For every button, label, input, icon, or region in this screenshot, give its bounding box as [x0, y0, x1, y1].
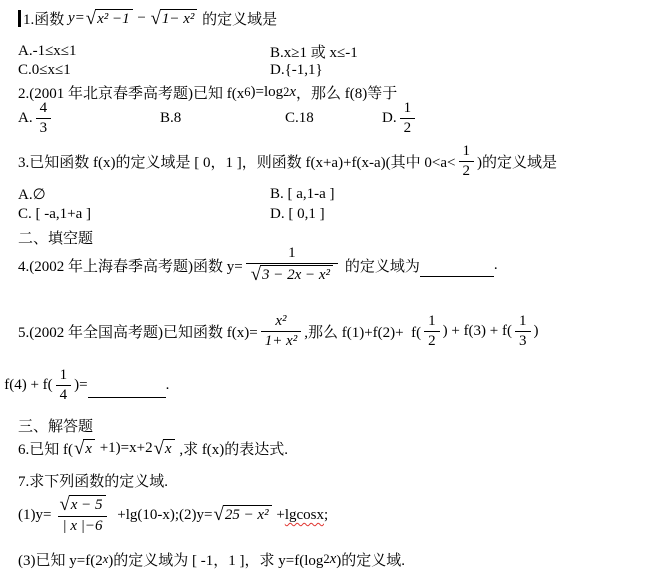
q7-part3-prefix: (3)已知 y=f(2	[18, 549, 103, 570]
q7-part1-fraction: √x − 5 | x |−6	[54, 495, 110, 536]
q4-prefix: 4.(2002 年上海春季高考题)函数 y=	[18, 255, 243, 276]
q4-suffix: 的定义域为	[341, 255, 420, 276]
q5-mid-text-2: ) + f(3) + f(	[443, 323, 512, 340]
fraction-denominator: 2	[459, 161, 475, 180]
q7-title-text: 7.求下列函数的定义域.	[18, 470, 168, 491]
q3-option-b: B. [ a,1-a ]	[270, 186, 335, 203]
q2-mid: )=log	[250, 84, 283, 101]
q7-numerator-sqrt: √x − 5	[59, 495, 105, 515]
question-7-title: 7.求下列函数的定义域.	[18, 470, 168, 491]
q7-plus: +	[273, 507, 285, 524]
q1-option-b: B.x≥1 或 x≤-1	[270, 41, 358, 62]
q2-option-a: A. 43	[18, 100, 160, 138]
question-1-options-row-2: C.0≤x≤1 D.{-1,1}	[18, 62, 323, 79]
q2-option-c: C.18	[285, 110, 382, 127]
fraction-numerator: 1	[515, 313, 531, 331]
q4-answer-blank	[420, 261, 494, 277]
q7-semicolon: ;	[324, 507, 328, 524]
q1-minus-operator: −	[134, 10, 150, 27]
q6-sqrt-2: √x	[154, 439, 175, 459]
q2-option-a-fraction: 43	[36, 100, 52, 138]
q1-sqrt-2: √1− x²	[151, 9, 198, 29]
question-5-continuation: + f(4) + f( 14 )= .	[0, 367, 169, 405]
q1-lhs: y=	[68, 10, 85, 27]
text-cursor-caret	[18, 10, 21, 27]
q5-prefix: 5.(2002 年全国高考题)已知函数 f(x)=	[18, 321, 258, 342]
section-3-header: 三、解答题	[18, 415, 93, 436]
q7-part1-label: (1)y=	[18, 507, 51, 524]
q6-prefix: 6.已知 f(	[18, 438, 73, 459]
question-4-line: 4.(2002 年上海春季高考题)函数 y= 1 √3 − 2x − x² 的定…	[18, 245, 498, 286]
q7-part3-mid: )的定义域为 [ -1，1 ]，求 y=f(log	[108, 549, 323, 570]
q2-option-d-fraction: 12	[400, 100, 416, 138]
fraction-denominator: 2	[400, 118, 416, 137]
q1-option-a: A.-1≤x≤1	[18, 43, 270, 60]
q7-spellcheck-word: lgcosx	[285, 507, 324, 524]
fraction-numerator: 4	[36, 100, 52, 118]
fraction-denominator: √3 − 2x − x²	[246, 263, 338, 285]
question-2-options-row: A. 43 B.8 C.18 D. 12	[18, 100, 418, 138]
q6-mid: +1)=x+2	[96, 440, 153, 457]
question-3-options-row-1: A.∅ B. [ a,1-a ]	[18, 185, 335, 204]
fraction-denominator: 3	[515, 331, 531, 350]
question-1-stem: 1.函数 y= √x² −1 − √1− x² 的定义域是	[18, 8, 277, 29]
q5-main-fraction: x²1+ x²	[261, 313, 302, 351]
fraction-numerator: √x − 5	[54, 495, 110, 516]
q4-fraction: 1 √3 − 2x − x²	[246, 245, 338, 286]
q1-radicand-2: 1− x²	[160, 9, 198, 28]
q5-fraction-1-3: 13	[515, 313, 531, 351]
q7-log-arg: x	[330, 551, 337, 568]
question-3-options-row-2: C. [ -a,1+a ] D. [ 0,1 ]	[18, 206, 325, 223]
q2-log-arg: x	[289, 84, 296, 101]
q5-close-paren: )	[534, 323, 539, 340]
question-5-stem: 5.(2002 年全国高考题)已知函数 f(x)= x²1+ x² ,那么 f(…	[18, 313, 539, 351]
q1-option-c: C.0≤x≤1	[18, 62, 270, 79]
q2-option-b: B.8	[160, 110, 285, 127]
q3-option-c: C. [ -a,1+a ]	[18, 206, 270, 223]
question-1-options-row-1: A.-1≤x≤1 B.x≥1 或 x≤-1	[18, 41, 358, 62]
fraction-denominator: 1+ x²	[261, 331, 302, 350]
q1-option-d: D.{-1,1}	[270, 62, 323, 79]
question-6-line: 6.已知 f( √x +1)=x+2 √x ,求 f(x)的表达式.	[18, 438, 288, 459]
q5-mid-text: ,那么 f(1)+f(2)+ f(	[304, 321, 421, 342]
fraction-numerator: 1	[56, 367, 72, 385]
q3-option-d: D. [ 0,1 ]	[270, 206, 325, 223]
q5-fraction-1-4: 14	[56, 367, 72, 405]
fraction-denominator: 2	[424, 331, 440, 350]
q5-answer-blank	[88, 382, 166, 398]
fraction-numerator: 1	[400, 100, 416, 118]
q6-radicand-1: x	[83, 439, 95, 458]
fraction-numerator: 1	[284, 245, 300, 263]
q2-option-d: D. 12	[382, 100, 418, 138]
q7-part3-suffix: )的定义域.	[336, 549, 405, 570]
fraction-denominator: 4	[56, 385, 72, 404]
q1-sqrt-1: √x² −1	[86, 9, 133, 29]
question-3-stem: 3.已知函数 f(x)的定义域是 [ 0，1 ]，则函数 f(x+a)+f(x-…	[18, 143, 557, 181]
fraction-denominator: | x |−6	[58, 516, 106, 535]
q2-option-a-label: A.	[18, 110, 33, 127]
q5-period: .	[166, 377, 170, 394]
q5-equals: )=	[74, 377, 87, 394]
q7-radicand-1: x − 5	[69, 495, 106, 514]
fraction-numerator: x²	[271, 313, 290, 331]
q3-suffix: )的定义域是	[477, 151, 557, 172]
question-7-part-3: (3)已知 y=f(2x)的定义域为 [ -1，1 ]，求 y=f(log2x)…	[18, 549, 405, 570]
q3-prefix: 3.已知函数 f(x)的定义域是 [ 0，1 ]，则函数 f(x+a)+f(x-…	[18, 151, 456, 172]
q6-suffix: ,求 f(x)的表达式.	[176, 438, 289, 459]
fraction-numerator: 1	[459, 143, 475, 161]
q7-part2-sqrt: √25 − x²	[214, 505, 272, 525]
q4-radicand: 3 − 2x − x²	[260, 265, 333, 284]
q6-radicand-2: x	[163, 439, 175, 458]
q6-sqrt-1: √x	[74, 439, 95, 459]
q3-fraction: 12	[459, 143, 475, 181]
q1-prefix: 1.函数	[23, 8, 68, 29]
fraction-numerator: 1	[424, 313, 440, 331]
question-7-parts-1-2: (1)y= √x − 5 | x |−6 +lg(10-x);(2)y= √25…	[18, 495, 328, 536]
q1-radicand-1: x² −1	[95, 9, 133, 28]
q3-option-a: A.∅	[18, 185, 270, 204]
q7-radicand-2: 25 − x²	[223, 505, 272, 524]
q5-continuation-text: f(4) + f(	[4, 377, 52, 394]
q4-denominator-sqrt: √3 − 2x − x²	[251, 265, 333, 285]
q5-fraction-1-2: 12	[424, 313, 440, 351]
q4-period: .	[494, 257, 498, 274]
fraction-denominator: 3	[36, 118, 52, 137]
q2-option-d-label: D.	[382, 110, 397, 127]
q1-suffix: 的定义域是	[198, 8, 277, 29]
section-3-title: 三、解答题	[18, 415, 93, 436]
q7-mid-text: +lg(10-x);(2)y=	[114, 507, 213, 524]
